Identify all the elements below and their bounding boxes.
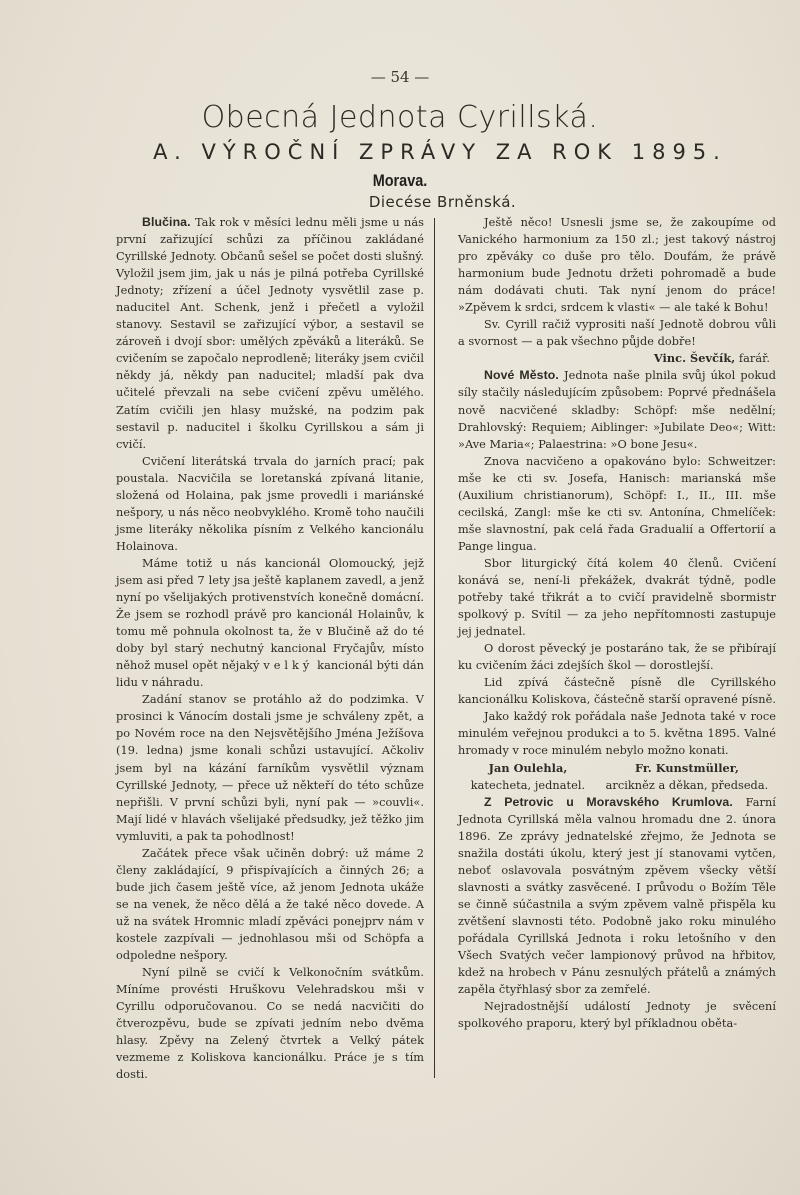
blucina-paragraph-6: Nyní pilně se cvičí k Velkonočním svátků… [116,964,424,1083]
signature-name: Vinc. Ševčík, [654,351,735,365]
signature-sevcik: Vinc. Ševčík, farář. [458,350,776,367]
signature-name: Jan Oulehla, [458,760,598,777]
signature-name: Fr. Kunstmüller, [598,760,776,777]
right-column: Ještě něco! Usnesli jsme se, že zakoupím… [458,214,776,1032]
nove-mesto-paragraph-4: O dorost pěvecký je postaráno tak, že se… [458,640,776,674]
signature-role: arcikněz a děkan, předseda. [598,777,776,794]
region-heading: Morava. [60,171,740,191]
paragraph-text: Máme totiž u nás kancionál Olomoucký, je… [116,557,424,672]
nove-mesto-paragraph-5: Lid zpívá částečně písně dle Cyrillského… [458,674,776,708]
section-lead-petrovice: Z Petrovic u Moravského Krumlova. [484,795,733,809]
paragraph-text: Tak rok v měsíci lednu měli jsme u nás p… [116,216,424,451]
column-divider [434,218,435,1078]
section-lead-nove-mesto: Nové Město. [484,368,559,382]
left-column: Blučina. Tak rok v měsíci lednu měli jsm… [116,214,424,1083]
nove-mesto-paragraph-6: Jako každý rok pořádala naše Jednota tak… [458,708,776,759]
nove-mesto-paragraph-2: Znova nacvičeno a opakováno bylo: Schwei… [458,453,776,555]
report-subtitle: A. VÝROČNÍ ZPRÁVY ZA ROK 1895. [0,140,800,164]
petrovice-paragraph-1: Z Petrovic u Moravského Krumlova. Farní … [458,794,776,999]
blucina-paragraph-7: Ještě něco! Usnesli jsme se, že zakoupím… [458,214,776,316]
blucina-paragraph-1: Blučina. Tak rok v měsíci lednu měli jsm… [116,214,424,453]
blucina-paragraph-2: Cvičení literátská trvala do jarních pra… [116,453,424,555]
emphasized-word: velký [263,659,313,672]
blucina-paragraph-8: Sv. Cyrill račiž vyprositi naší Jednotě … [458,316,776,350]
section-lead-blucina: Blučina. [142,215,191,229]
page-title: Obecná Jednota Cyrillská. [0,100,800,135]
signature-block: Jan Oulehla, katecheta, jednatel. Fr. Ku… [458,760,776,794]
signature-role: farář. [739,352,770,365]
signature-kunstmuller: Fr. Kunstmüller, arcikněz a děkan, předs… [598,760,776,794]
petrovice-paragraph-2: Nejradostnější událostí Jednoty je svěce… [458,998,776,1032]
diocese-heading: Diecése Brněnská. [0,193,800,211]
page-number: — 54 — [0,68,800,86]
signature-role: katecheta, jednatel. [458,777,598,794]
blucina-paragraph-5: Začátek přece však učiněn dobrý: už máme… [116,845,424,964]
blucina-paragraph-4: Zadání stanov se protáhlo až do podzimka… [116,691,424,844]
nove-mesto-paragraph-3: Sbor liturgický čítá kolem 40 členů. Cvi… [458,555,776,640]
blucina-paragraph-3: Máme totiž u nás kancionál Olomoucký, je… [116,555,424,691]
signature-oulehla: Jan Oulehla, katecheta, jednatel. [458,760,598,794]
nove-mesto-paragraph-1: Nové Město. Jednota naše plnila svůj úko… [458,367,776,452]
paragraph-text: Farní Jednota Cyrillská měla valnou hrom… [458,796,776,997]
